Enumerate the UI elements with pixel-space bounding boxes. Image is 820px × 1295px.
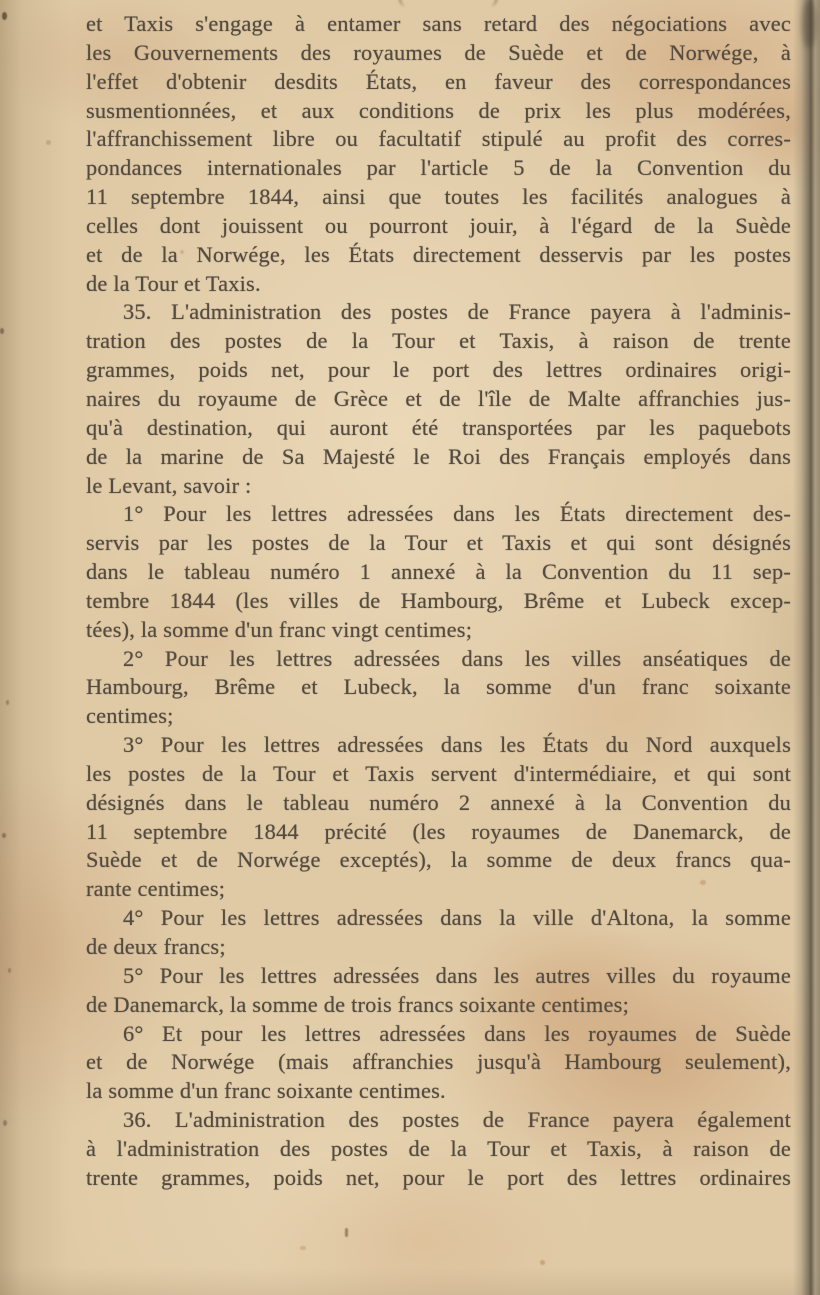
ink-speck: [345, 1228, 348, 1237]
text-line: qu'à destination, qui auront été transpo…: [86, 414, 791, 443]
text-line: à l'administration des postes de la Tour…: [86, 1135, 791, 1164]
text-line: de la marine de Sa Majesté le Roi des Fr…: [86, 443, 791, 472]
page-text-block: et Taxis s'engage à entamer sans retard …: [86, 10, 791, 1193]
text-line: 1° Pour les lettres adressées dans les É…: [86, 500, 791, 529]
text-line: les postes de la Tour et Taxis servent d…: [86, 760, 791, 789]
text-line: 35. L'administration des postes de Franc…: [86, 298, 791, 327]
ink-speck: [0, 328, 4, 334]
page-edge-shadow: [793, 0, 820, 1295]
text-line: le Levant, savoir :: [86, 472, 791, 501]
rust-spot: [180, 250, 184, 254]
text-line: trente grammes, poids net, pour le port …: [86, 1164, 791, 1193]
text-line: rante centimes;: [86, 875, 791, 904]
scanned-book-page: ( ) et Taxis s'engage à entamer sans ret…: [0, 0, 820, 1295]
text-line: et de la Norwége, les États directement …: [86, 241, 791, 270]
rust-spot: [540, 1260, 545, 1265]
text-line: centimes;: [86, 702, 791, 731]
text-line: grammes, poids net, pour le port des let…: [86, 356, 791, 385]
ink-speck: [8, 968, 11, 973]
text-line: 4° Pour les lettres adressées dans la vi…: [86, 904, 791, 933]
page-edge-stain: [802, 0, 816, 48]
text-line: 11 septembre 1844 précité (les royaumes …: [86, 818, 791, 847]
text-line: servis par les postes de la Tour et Taxi…: [86, 529, 791, 558]
text-line: 11 septembre 1844, ainsi que toutes les …: [86, 183, 791, 212]
text-line: celles dont jouissent ou pourront jouir,…: [86, 212, 791, 241]
text-line: pondances internationales par l'article …: [86, 154, 791, 183]
rust-spot: [46, 140, 51, 145]
text-line: 3° Pour les lettres adressées dans les É…: [86, 731, 791, 760]
rust-spot: [700, 880, 706, 885]
text-line: de Danemarck, la somme de trois francs s…: [86, 991, 791, 1020]
text-line: les Gouvernements des royaumes de Suède …: [86, 39, 791, 68]
ink-speck: [6, 700, 9, 705]
text-line: 6° Et pour les lettres adressées dans le…: [86, 1020, 791, 1049]
text-line: et Taxis s'engage à entamer sans retard …: [86, 10, 791, 39]
text-line: dans le tableau numéro 1 annexé à la Con…: [86, 558, 791, 587]
ink-speck: [2, 833, 6, 838]
ink-speck: [3, 1120, 7, 1126]
rust-spot: [300, 1246, 306, 1250]
text-line: 2° Pour les lettres adressées dans les v…: [86, 645, 791, 674]
text-line: naires du royaume de Grèce et de l'île d…: [86, 385, 791, 414]
text-line: désignés dans le tableau numéro 2 annexé…: [86, 789, 791, 818]
text-line: l'affranchissement libre ou facultatif s…: [86, 125, 791, 154]
text-line: Hambourg, Brême et Lubeck, la somme d'un…: [86, 673, 791, 702]
text-line: la somme d'un franc soixante centimes.: [86, 1077, 791, 1106]
text-line: et de Norwége (mais affranchies jusqu'à …: [86, 1048, 791, 1077]
text-line: tées), la somme d'un franc vingt centime…: [86, 616, 791, 645]
text-line: de deux francs;: [86, 933, 791, 962]
clipped-page-header: ( ): [398, 0, 538, 7]
text-line: 36. L'administration des postes de Franc…: [86, 1106, 791, 1135]
text-line: l'effet d'obtenir desdits États, en fave…: [86, 68, 791, 97]
text-line: tembre 1844 (les villes de Hambourg, Brê…: [86, 587, 791, 616]
text-line: tration des postes de la Tour et Taxis, …: [86, 327, 791, 356]
text-line: de la Tour et Taxis.: [86, 270, 791, 299]
ink-speck: [2, 12, 7, 20]
text-line: Suède et de Norwége exceptés), la somme …: [86, 846, 791, 875]
text-line: 5° Pour les lettres adressées dans les a…: [86, 962, 791, 991]
text-line: susmentionnées, et aux conditions de pri…: [86, 97, 791, 126]
